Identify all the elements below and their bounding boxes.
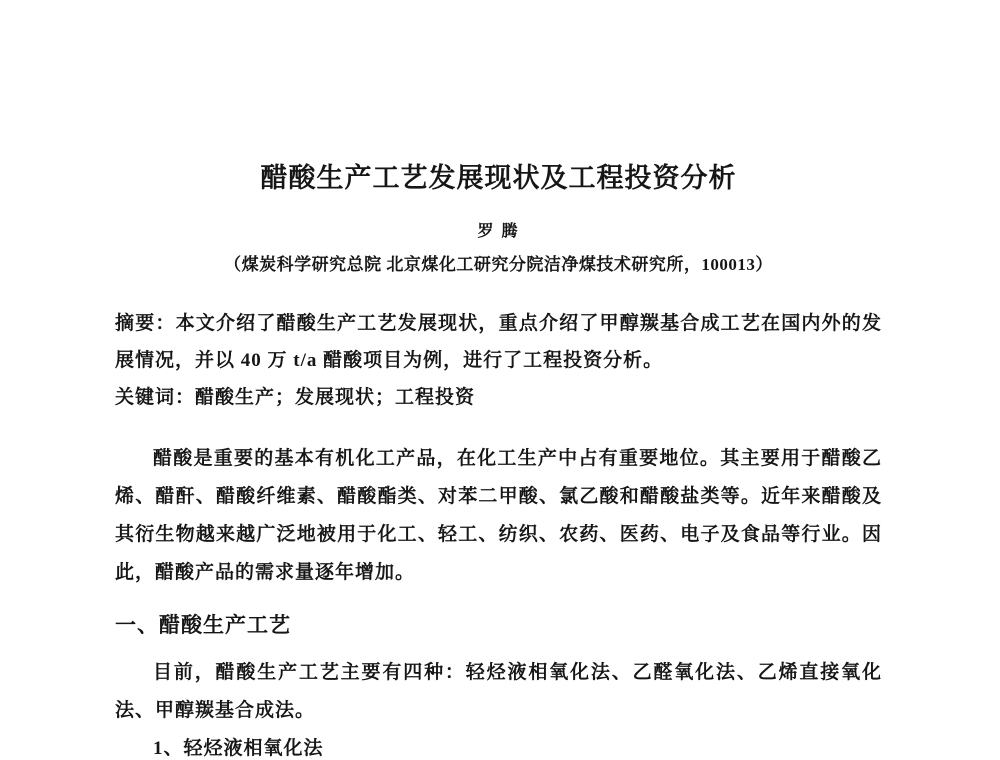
intro-paragraph: 醋酸是重要的基本有机化工产品，在化工生产中占有重要地位。其主要用于醋酸乙烯、醋酐…: [115, 440, 882, 592]
keywords-line: 关键词：醋酸生产；发展现状；工程投资: [115, 379, 882, 416]
keywords-label: 关键词：: [115, 387, 195, 408]
abstract-text: 本文介绍了醋酸生产工艺发展现状，重点介绍了甲醇羰基合成工艺在国内外的发展情况，并…: [115, 313, 882, 371]
document-page: 醋酸生产工艺发展现状及工程投资分析 罗 腾 （煤炭科学研究总院 北京煤化工研究分…: [0, 0, 1000, 760]
paper-author: 罗 腾: [115, 218, 882, 241]
keywords-text: 醋酸生产；发展现状；工程投资: [195, 387, 475, 408]
section-1-heading: 一、醋酸生产工艺: [115, 610, 882, 640]
abstract-label: 摘要：: [115, 313, 176, 334]
paper-affiliation: （煤炭科学研究总院 北京煤化工研究分院洁净煤技术研究所，100013）: [115, 250, 882, 275]
page-content: 醋酸生产工艺发展现状及工程投资分析 罗 腾 （煤炭科学研究总院 北京煤化工研究分…: [115, 0, 882, 760]
subsection-1-1-heading: 1、轻烃液相氧化法: [115, 732, 882, 760]
paper-title: 醋酸生产工艺发展现状及工程投资分析: [115, 0, 882, 196]
section-1-paragraph: 目前，醋酸生产工艺主要有四种：轻烃液相氧化法、乙醛氧化法、乙烯直接氧化法、甲醇羰…: [115, 654, 882, 730]
abstract-paragraph: 摘要：本文介绍了醋酸生产工艺发展现状，重点介绍了甲醇羰基合成工艺在国内外的发展情…: [115, 305, 882, 379]
